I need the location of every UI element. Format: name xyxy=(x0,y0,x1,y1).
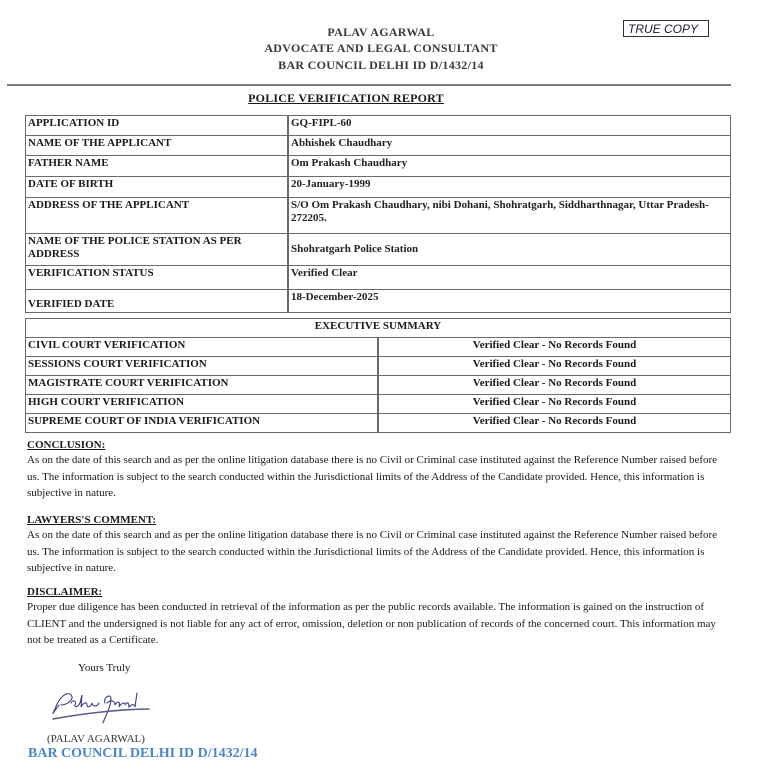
summary-title: EXECUTIVE SUMMARY xyxy=(26,319,731,338)
row-value: Verified Clear xyxy=(288,266,731,290)
row-label: NAME OF THE POLICE STATION AS PER ADDRES… xyxy=(26,234,289,266)
summary-label: MAGISTRATE COURT VERIFICATION xyxy=(26,376,379,395)
report-title: POLICE VERIFICATION REPORT xyxy=(0,91,692,106)
conclusion-section: CONCLUSION: As on the date of this searc… xyxy=(27,438,727,502)
table-row: MAGISTRATE COURT VERIFICATION Verified C… xyxy=(26,376,731,395)
executive-summary-table: EXECUTIVE SUMMARY CIVIL COURT VERIFICATI… xyxy=(25,318,731,433)
row-label: VERIFIED DATE xyxy=(26,290,289,313)
table-row: NAME OF THE APPLICANT Abhishek Chaudhary xyxy=(26,136,731,156)
table-row: VERIFIED DATE 18-December-2025 xyxy=(26,290,731,313)
table-row: SUPREME COURT OF INDIA VERIFICATION Veri… xyxy=(26,414,731,433)
summary-value: Verified Clear - No Records Found xyxy=(378,338,731,357)
applicant-details-table: APPLICATION ID GQ-FIPL-60 NAME OF THE AP… xyxy=(25,115,731,313)
row-value: Abhishek Chaudhary xyxy=(288,136,731,156)
summary-value: Verified Clear - No Records Found xyxy=(378,395,731,414)
summary-label: SESSIONS COURT VERIFICATION xyxy=(26,357,379,376)
conclusion-heading: CONCLUSION: xyxy=(27,438,727,452)
row-label: APPLICATION ID xyxy=(26,116,289,136)
signatory-bar-id: BAR COUNCIL DELHI ID D/1432/14 xyxy=(28,746,257,762)
row-label: NAME OF THE APPLICANT xyxy=(26,136,289,156)
table-row: CIVIL COURT VERIFICATION Verified Clear … xyxy=(26,338,731,357)
letterhead-designation: ADVOCATE AND LEGAL CONSULTANT xyxy=(0,41,762,56)
letterhead-bar-id: BAR COUNCIL DELHI ID D/1432/14 xyxy=(0,58,762,73)
disclaimer-section: DISCLAIMER: Proper due diligence has bee… xyxy=(27,585,727,649)
true-copy-stamp: TRUE COPY xyxy=(623,20,709,37)
row-value: 18-December-2025 xyxy=(288,290,731,313)
summary-value: Verified Clear - No Records Found xyxy=(378,414,731,433)
row-label: ADDRESS OF THE APPLICANT xyxy=(26,198,289,234)
table-row: HIGH COURT VERIFICATION Verified Clear -… xyxy=(26,395,731,414)
table-row: NAME OF THE POLICE STATION AS PER ADDRES… xyxy=(26,234,731,266)
closing-salutation: Yours Truly xyxy=(78,662,130,674)
row-value: Shohratgarh Police Station xyxy=(288,234,731,266)
summary-label: SUPREME COURT OF INDIA VERIFICATION xyxy=(26,414,379,433)
row-value: Om Prakash Chaudhary xyxy=(288,156,731,177)
row-value: 20-January-1999 xyxy=(288,177,731,198)
signatory-name: (PALAV AGARWAL) xyxy=(47,733,145,745)
disclaimer-heading: DISCLAIMER: xyxy=(27,585,727,599)
header-divider xyxy=(7,84,731,86)
summary-header-row: EXECUTIVE SUMMARY xyxy=(26,319,731,338)
conclusion-text: As on the date of this search and as per… xyxy=(27,452,727,502)
summary-value: Verified Clear - No Records Found xyxy=(378,376,731,395)
row-label: FATHER NAME xyxy=(26,156,289,177)
summary-value: Verified Clear - No Records Found xyxy=(378,357,731,376)
row-value: GQ-FIPL-60 xyxy=(288,116,731,136)
row-label: VERIFICATION STATUS xyxy=(26,266,289,290)
lawyers-comment-heading: LAWYERS'S COMMENT: xyxy=(27,513,727,527)
lawyers-comment-section: LAWYERS'S COMMENT: As on the date of thi… xyxy=(27,513,727,577)
signature-icon xyxy=(45,683,155,728)
table-row: VERIFICATION STATUS Verified Clear xyxy=(26,266,731,290)
table-row: ADDRESS OF THE APPLICANT S/O Om Prakash … xyxy=(26,198,731,234)
table-row: DATE OF BIRTH 20-January-1999 xyxy=(26,177,731,198)
lawyers-comment-text: As on the date of this search and as per… xyxy=(27,527,727,577)
table-row: FATHER NAME Om Prakash Chaudhary xyxy=(26,156,731,177)
disclaimer-text: Proper due diligence has been conducted … xyxy=(27,599,727,649)
table-row: APPLICATION ID GQ-FIPL-60 xyxy=(26,116,731,136)
row-value: S/O Om Prakash Chaudhary, nibi Dohani, S… xyxy=(288,198,731,234)
row-label: DATE OF BIRTH xyxy=(26,177,289,198)
table-row: SESSIONS COURT VERIFICATION Verified Cle… xyxy=(26,357,731,376)
summary-label: HIGH COURT VERIFICATION xyxy=(26,395,379,414)
summary-label: CIVIL COURT VERIFICATION xyxy=(26,338,379,357)
